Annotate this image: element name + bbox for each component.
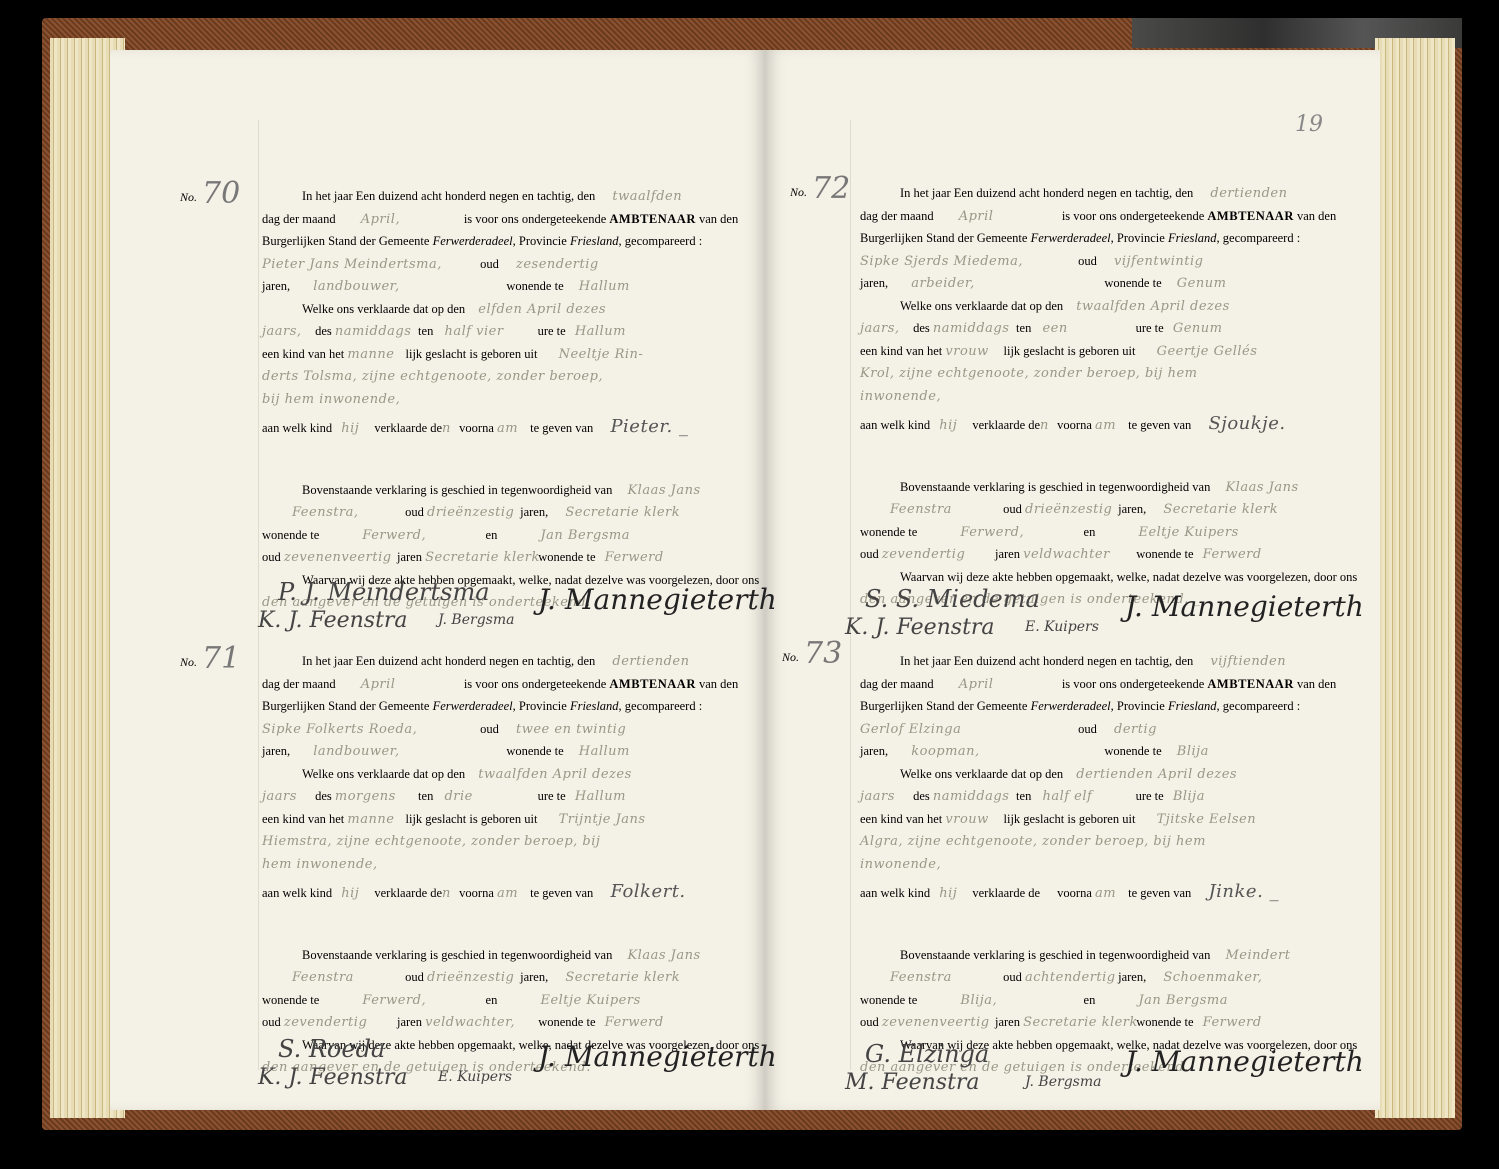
time-of-day: namiddags <box>335 321 415 344</box>
witness1-occupation: Secretarie klerk <box>565 505 680 520</box>
printed-text: oud <box>860 1015 879 1029</box>
municipality: Ferwerderadeel <box>433 699 513 713</box>
mother-residence: inwonende, <box>860 857 941 872</box>
printed-text: voorna <box>459 421 494 435</box>
signature-registrar: J. Mannegieterth <box>538 583 777 616</box>
witness1-name: Klaas Jans <box>1225 480 1298 495</box>
birth-act: In het jaar Een duizend acht honderd neg… <box>860 650 1360 1079</box>
printed-text: een kind van het <box>860 812 942 826</box>
handwritten-text: am <box>1095 415 1125 438</box>
printed-text: ten <box>1016 321 1031 335</box>
printed-text: jaren <box>995 1015 1020 1029</box>
printed-text: oud <box>1078 254 1097 268</box>
mother-name: Neeltje Rin- <box>559 347 644 362</box>
printed-text: des <box>315 324 332 338</box>
handwritten-text: jaars, <box>262 321 312 344</box>
printed-text: lijk geslacht is geboren uit <box>1004 344 1136 358</box>
handwritten-day: dertienden <box>612 654 689 669</box>
signature-registrar: J. Mannegieterth <box>1125 590 1364 623</box>
birth-hour: een <box>1042 318 1132 341</box>
printed-text: , Provincie <box>513 234 567 248</box>
printed-text: dag der maand <box>262 212 336 226</box>
printed-text: jaren, <box>1118 502 1146 516</box>
signature: E. Kuipers <box>438 1069 512 1085</box>
printed-text: oud <box>860 547 879 561</box>
witness1-surname: Feenstra, <box>292 502 402 525</box>
act-number-label: No. 71 <box>180 655 197 670</box>
printed-text: ten <box>418 324 433 338</box>
signature: J. Bergsma <box>438 612 514 628</box>
printed-text: jaren, <box>1118 970 1146 984</box>
printed-text: ten <box>1016 789 1031 803</box>
printed-text: wonende te <box>506 279 563 293</box>
birth-place: Hallum <box>575 789 626 804</box>
printed-text: jaren <box>397 1015 422 1029</box>
page-edges-right <box>1375 38 1455 1118</box>
handwritten-month: April <box>361 674 461 697</box>
witness2-occupation: veldwachter, <box>425 1012 535 1035</box>
printed-text: en <box>1084 525 1096 539</box>
printed-text: wonende te <box>506 744 563 758</box>
handwritten-text: n <box>442 418 456 441</box>
declarant-name: Sipke Sjerds Miedema, <box>860 251 1075 274</box>
printed-text: Bovenstaande verklaring is geschied in t… <box>302 483 612 497</box>
birth-date: dertienden April dezes <box>1076 767 1237 782</box>
printed-text: Bovenstaande verklaring is geschied in t… <box>302 948 612 962</box>
mother-details: Algra, zijne echtgenoote, zonder beroep,… <box>860 834 1206 849</box>
mother-residence: bij hem inwonende, <box>262 392 400 407</box>
handwritten-text: jaars <box>860 786 910 809</box>
printed-text: aan welk kind <box>860 418 930 432</box>
handwritten-text: hij <box>341 418 371 441</box>
printed-text: lijk geslacht is geboren uit <box>406 812 538 826</box>
printed-text: wonende te <box>1136 1015 1193 1029</box>
signature: E. Kuipers <box>1025 619 1099 635</box>
declarant-age: twee en twintig <box>516 722 626 737</box>
signature: S. S. Miedema <box>865 585 1040 613</box>
handwritten-text: jaars <box>262 786 312 809</box>
declarant-occupation: landbouwer, <box>313 276 503 299</box>
printed-bold: AMBTENAAR <box>1207 677 1293 691</box>
mother-name: Trijntje Jans <box>559 812 646 827</box>
signatures-block: S. S. Miedema K. J. Feenstra E. Kuipers … <box>845 585 1345 655</box>
witness1-age: drieënzestig <box>1025 499 1115 522</box>
handwritten-text: n <box>442 883 456 906</box>
mother-name: Geertje Gellés <box>1157 344 1258 359</box>
printed-text: aan welk kind <box>262 886 332 900</box>
printed-text: wonende te <box>1136 547 1193 561</box>
signature: K. J. Feenstra <box>258 608 408 633</box>
printed-text: dag der maand <box>262 677 336 691</box>
handwritten-text: hij <box>939 883 969 906</box>
printed-text: wonende te <box>1104 744 1161 758</box>
birth-act: In het jaar Een duizend acht honderd neg… <box>262 650 762 1079</box>
printed-text: wonende te <box>860 993 917 1007</box>
printed-text: oud <box>405 505 424 519</box>
child-name: Folkert. <box>610 881 685 902</box>
printed-text: , gecompareerd : <box>1217 699 1301 713</box>
printed-text: Burgerlijken Stand der Gemeente <box>860 231 1027 245</box>
handwritten-text: am <box>497 418 527 441</box>
folio-number: 19 <box>1295 112 1323 137</box>
printed-text: te geven van <box>530 421 593 435</box>
witness2-residence: Ferwerd <box>1203 547 1262 562</box>
act-number: 72 <box>812 171 850 206</box>
declarant-name: Gerlof Elzinga <box>860 719 1075 742</box>
signatures-block: S. Roeda K. J. Feenstra E. Kuipers J. Ma… <box>258 1035 758 1105</box>
printed-text: lijk geslacht is geboren uit <box>406 347 538 361</box>
mother-residence: inwonende, <box>860 389 941 404</box>
handwritten-text: n <box>1040 415 1054 438</box>
signatures-block: P. J. Meindertsma K. J. Feenstra J. Berg… <box>258 578 758 648</box>
signature: J. Bergsma <box>1025 1074 1101 1090</box>
printed-text: verklaarde de <box>374 886 442 900</box>
signatures-block: G. Elzinga M. Feenstra J. Bergsma J. Man… <box>845 1040 1345 1110</box>
birth-hour: half elf <box>1042 786 1132 809</box>
printed-text: oud <box>405 970 424 984</box>
signature-registrar: J. Mannegieterth <box>538 1040 777 1073</box>
act-number: 73 <box>804 636 842 671</box>
declarant-residence: Hallum <box>579 744 630 759</box>
child-sex: manne <box>347 344 402 367</box>
handwritten-month: April <box>959 206 1059 229</box>
printed-text: , Provincie <box>1111 699 1165 713</box>
printed-text: , gecompareerd : <box>1217 231 1301 245</box>
handwritten-text: hij <box>939 415 969 438</box>
child-sex: vrouw <box>945 341 1000 364</box>
declarant-age: zesendertig <box>516 257 599 272</box>
child-sex: vrouw <box>945 809 1000 832</box>
printed-text: te geven van <box>1128 418 1191 432</box>
witness2-age: zevenenveertig <box>284 547 394 570</box>
province: Friesland <box>1168 231 1217 245</box>
printed-text: , gecompareerd : <box>619 699 703 713</box>
handwritten-text: am <box>497 883 527 906</box>
printed-text: wonende te <box>538 1015 595 1029</box>
witness1-surname: Feenstra <box>890 499 1000 522</box>
witness1-age: drieënzestig <box>427 967 517 990</box>
printed-text: van den <box>699 677 738 691</box>
printed-text: oud <box>1003 970 1022 984</box>
no-prefix: No. <box>790 185 807 199</box>
printed-text: Welke ons verklaarde dat op den <box>302 302 465 316</box>
time-of-day: namiddags <box>933 318 1013 341</box>
printed-text: en <box>1084 993 1096 1007</box>
handwritten-text: am <box>1095 883 1125 906</box>
act-number-label: No. 73 <box>782 650 799 665</box>
signature: S. Roeda <box>278 1035 385 1063</box>
printed-text: wonende te <box>538 550 595 564</box>
declarant-residence: Hallum <box>579 279 630 294</box>
printed-text: oud <box>480 257 499 271</box>
printed-text: jaren, <box>520 505 548 519</box>
witness2-occupation: veldwachter <box>1023 544 1133 567</box>
birth-place: Genum <box>1173 321 1223 336</box>
signature-registrar: J. Mannegieterth <box>1125 1045 1364 1078</box>
declarant-occupation: arbeider, <box>911 273 1101 296</box>
witness1-name: Klaas Jans <box>627 948 700 963</box>
declarant-occupation: landbouwer, <box>313 741 503 764</box>
printed-text: verklaarde de <box>972 418 1040 432</box>
mother-details: Krol, zijne echtgenoote, zonder beroep, … <box>860 366 1198 381</box>
printed-text: oud <box>480 722 499 736</box>
printed-text: te geven van <box>1128 886 1191 900</box>
witness2-age: zevendertig <box>284 1012 394 1035</box>
printed-text: is voor ons ondergeteekende <box>464 677 606 691</box>
printed-text: jaren, <box>860 744 888 758</box>
printed-text: oud <box>1078 722 1097 736</box>
printed-bold: AMBTENAAR <box>1207 209 1293 223</box>
handwritten-day: dertienden <box>1210 186 1287 201</box>
printed-text: dag der maand <box>860 209 934 223</box>
birth-place: Hallum <box>575 324 626 339</box>
printed-text: , Provincie <box>513 699 567 713</box>
printed-text: jaren <box>995 547 1020 561</box>
printed-text: een kind van het <box>262 812 344 826</box>
declarant-age: vijfentwintig <box>1114 254 1204 269</box>
printed-text: ten <box>418 789 433 803</box>
no-prefix: No. <box>782 650 799 664</box>
signature: P. J. Meindertsma <box>278 578 490 606</box>
child-name: Sjoukje. <box>1208 413 1285 434</box>
no-prefix: No. <box>180 655 197 669</box>
printed-text: een kind van het <box>860 344 942 358</box>
printed-text: oud <box>262 1015 281 1029</box>
signature: M. Feenstra <box>845 1070 980 1095</box>
municipality: Ferwerderadeel <box>1031 699 1111 713</box>
declarant-residence: Blija <box>1177 744 1209 759</box>
signature: G. Elzinga <box>865 1040 989 1068</box>
act-number-label: No. 70 <box>180 190 197 205</box>
printed-text: wonende te <box>1104 276 1161 290</box>
printed-text: wonende te <box>860 525 917 539</box>
witness2-residence: Ferwerd <box>1203 1015 1262 1030</box>
witness1-age: achtendertig <box>1025 967 1115 990</box>
witness1-name: Meindert <box>1225 948 1290 963</box>
witness1-occupation: Schoenmaker, <box>1163 970 1262 985</box>
printed-text: en <box>486 528 498 542</box>
printed-text: des <box>913 321 930 335</box>
witness2-name: Jan Bergsma <box>540 528 630 543</box>
province: Friesland <box>570 699 619 713</box>
printed-text: Burgerlijken Stand der Gemeente <box>262 234 429 248</box>
printed-text: , gecompareerd : <box>619 234 703 248</box>
printed-text: In het jaar Een duizend acht honderd neg… <box>302 189 595 203</box>
birth-date: twaalfden April dezes <box>1076 299 1229 314</box>
printed-text: ure te <box>1136 321 1164 335</box>
birth-act: In het jaar Een duizend acht honderd neg… <box>860 182 1360 611</box>
witness1-residence: Ferwerd, <box>960 522 1080 545</box>
printed-text: te geven van <box>530 886 593 900</box>
handwritten-day: vijftienden <box>1210 654 1286 669</box>
declarant-residence: Genum <box>1177 276 1227 291</box>
act-number-label: No. 72 <box>790 185 807 200</box>
mother-details: Hiemstra, zijne echtgenoote, zonder bero… <box>262 834 600 849</box>
birth-act: In het jaar Een duizend acht honderd neg… <box>262 185 762 614</box>
printed-text: aan welk kind <box>860 886 930 900</box>
printed-text: is voor ons ondergeteekende <box>1062 677 1204 691</box>
handwritten-text: hij <box>341 883 371 906</box>
printed-text: verklaarde de <box>374 421 442 435</box>
witness2-name: Eeltje Kuipers <box>1138 525 1238 540</box>
printed-text: jaren, <box>262 744 290 758</box>
child-name: Jinke. _ <box>1208 881 1279 902</box>
printed-text: dag der maand <box>860 677 934 691</box>
printed-text: Waarvan wij deze akte hebben opgemaakt, … <box>900 570 1357 584</box>
act-number: 70 <box>202 176 240 211</box>
province: Friesland <box>570 234 619 248</box>
printed-text: In het jaar Een duizend acht honderd neg… <box>900 654 1193 668</box>
province: Friesland <box>1168 699 1217 713</box>
printed-text: Burgerlijken Stand der Gemeente <box>860 699 1027 713</box>
handwritten-text: jaars, <box>860 318 910 341</box>
printed-text: jaren, <box>262 279 290 293</box>
witness1-surname: Feenstra <box>890 967 1000 990</box>
printed-text: Bovenstaande verklaring is geschied in t… <box>900 948 1210 962</box>
mother-name: Tjitske Eelsen <box>1157 812 1257 827</box>
printed-text: voorna <box>1057 886 1092 900</box>
birth-place: Blija <box>1173 789 1205 804</box>
printed-text: Welke ons verklaarde dat op den <box>900 299 1063 313</box>
time-of-day: namiddags <box>933 786 1013 809</box>
time-of-day: morgens <box>335 786 415 809</box>
printed-text: des <box>913 789 930 803</box>
printed-text: wonende te <box>262 993 319 1007</box>
printed-text: Welke ons verklaarde dat op den <box>302 767 465 781</box>
birth-hour: drie <box>444 786 534 809</box>
witness2-name: Eeltje Kuipers <box>540 993 640 1008</box>
printed-text: verklaarde de <box>972 886 1040 900</box>
witness1-residence: Ferwerd, <box>362 990 482 1013</box>
birth-date: twaalfden April dezes <box>478 767 631 782</box>
printed-text: is voor ons ondergeteekende <box>1062 209 1204 223</box>
child-sex: manne <box>347 809 402 832</box>
declarant-occupation: koopman, <box>911 741 1101 764</box>
witness1-surname: Feenstra <box>292 967 402 990</box>
municipality: Ferwerderadeel <box>1031 231 1111 245</box>
witness2-name: Jan Bergsma <box>1138 993 1228 1008</box>
printed-text: Bovenstaande verklaring is geschied in t… <box>900 480 1210 494</box>
witness1-name: Klaas Jans <box>627 483 700 498</box>
printed-text: wonende te <box>262 528 319 542</box>
witness2-residence: Ferwerd <box>605 550 664 565</box>
witness1-residence: Ferwerd, <box>362 525 482 548</box>
printed-bold: AMBTENAAR <box>609 212 695 226</box>
mother-details: derts Tolsma, zijne echtgenoote, zonder … <box>262 369 603 384</box>
declarant-name: Pieter Jans Meindertsma, <box>262 254 477 277</box>
declarant-age: dertig <box>1114 722 1157 737</box>
printed-text: jaren, <box>520 970 548 984</box>
witness2-age: zevenenveertig <box>882 1012 992 1035</box>
mother-residence: hem inwonende, <box>262 857 378 872</box>
printed-text: jaren, <box>860 276 888 290</box>
witness2-residence: Ferwerd <box>605 1015 664 1030</box>
witness1-age: drieënzestig <box>427 502 517 525</box>
signature: K. J. Feenstra <box>258 1065 408 1090</box>
printed-text: jaren <box>397 550 422 564</box>
printed-text: van den <box>1297 677 1336 691</box>
printed-text: lijk geslacht is geboren uit <box>1004 812 1136 826</box>
printed-text: oud <box>262 550 281 564</box>
witness2-occupation: Secretarie klerk <box>1023 1012 1133 1035</box>
handwritten-day: twaalfden <box>612 189 682 204</box>
printed-text: ure te <box>538 789 566 803</box>
printed-text: en <box>486 993 498 1007</box>
printed-text: , Provincie <box>1111 231 1165 245</box>
printed-text: In het jaar Een duizend acht honderd neg… <box>900 186 1193 200</box>
signature: K. J. Feenstra <box>845 615 995 640</box>
child-name: Pieter. _ <box>610 416 688 437</box>
printed-text: is voor ons ondergeteekende <box>464 212 606 226</box>
printed-bold: AMBTENAAR <box>609 677 695 691</box>
no-prefix: No. <box>180 190 197 204</box>
witness1-residence: Blija, <box>960 990 1080 1013</box>
printed-text: oud <box>1003 502 1022 516</box>
witness2-age: zevendertig <box>882 544 992 567</box>
printed-text: ure te <box>1136 789 1164 803</box>
printed-text: Welke ons verklaarde dat op den <box>900 767 1063 781</box>
printed-text: een kind van het <box>262 347 344 361</box>
witness1-occupation: Secretarie klerk <box>565 970 680 985</box>
printed-text: van den <box>1297 209 1336 223</box>
declarant-name: Sipke Folkerts Roeda, <box>262 719 477 742</box>
handwritten-month: April <box>959 674 1059 697</box>
printed-text: In het jaar Een duizend acht honderd neg… <box>302 654 595 668</box>
witness2-occupation: Secretarie klerk <box>425 547 535 570</box>
printed-text: voorna <box>1057 418 1092 432</box>
printed-text: ure te <box>538 324 566 338</box>
birth-hour: half vier <box>444 321 534 344</box>
municipality: Ferwerderadeel <box>433 234 513 248</box>
birth-date: elfden April dezes <box>478 302 606 317</box>
act-number: 71 <box>202 641 240 676</box>
printed-text: van den <box>699 212 738 226</box>
handwritten-month: April, <box>361 209 461 232</box>
printed-text: aan welk kind <box>262 421 332 435</box>
witness1-occupation: Secretarie klerk <box>1163 502 1278 517</box>
printed-text: Burgerlijken Stand der Gemeente <box>262 699 429 713</box>
printed-text: voorna <box>459 886 494 900</box>
printed-text: des <box>315 789 332 803</box>
